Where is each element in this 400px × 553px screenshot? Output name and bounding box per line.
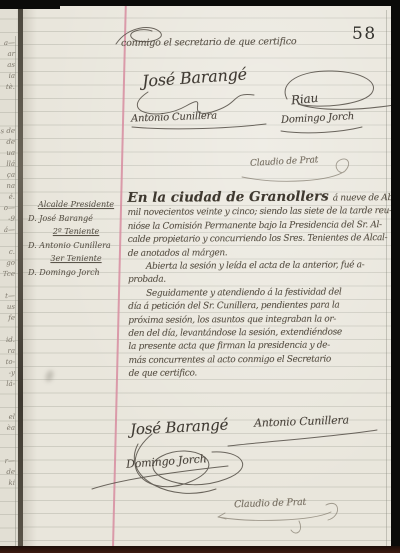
margin-attendee-list: Alcalde Presidente D. José Barangé 2º Te…: [28, 198, 124, 279]
margin-heading-teniente3: 3er Teniente: [28, 252, 124, 266]
photo-border-right: [391, 0, 400, 553]
previous-page-text-fragments: a— ar as ia tè. s de de ua llá ça na é. …: [0, 38, 15, 490]
margin-name-alcalde: D. José Barangé: [28, 212, 124, 226]
body-line: calde propietario y concurriendo los Sre…: [128, 232, 384, 247]
body-line-text: á nueve de Abril de: [333, 193, 400, 204]
acta-opening-phrase: En la ciudad de Granollers: [127, 188, 328, 205]
certification-line: conmigo el secretario de que certifico: [121, 36, 296, 49]
page-number: 58: [352, 24, 377, 44]
photo-border-bottom: [0, 546, 400, 553]
photo-border-top-left: [0, 0, 60, 9]
previous-page-edge-rule: [15, 36, 16, 547]
margin-heading-alcalde: Alcalde Presidente: [28, 198, 124, 212]
signature-riau-top: Riau: [290, 91, 318, 108]
photo-border-top: [0, 0, 400, 6]
body-line: Abierta la sesión y leída el acta de la …: [128, 259, 384, 274]
margin-heading-teniente2: 2º Teniente: [28, 225, 124, 239]
scanned-ledger-photo: a— ar as ia tè. s de de ua llá ça na é. …: [0, 0, 400, 553]
acta-body: En la ciudad de Granollersá nueve de Abr…: [127, 190, 384, 381]
body-line: de que certifico.: [129, 366, 385, 381]
margin-name-teniente2: D. Antonio Cunillera: [28, 239, 124, 253]
right-margin-rule: [386, 10, 387, 553]
body-line: En la ciudad de Granollersá nueve de Abr…: [127, 190, 383, 207]
margin-name-teniente3: D. Domingo Jorch: [28, 266, 124, 280]
